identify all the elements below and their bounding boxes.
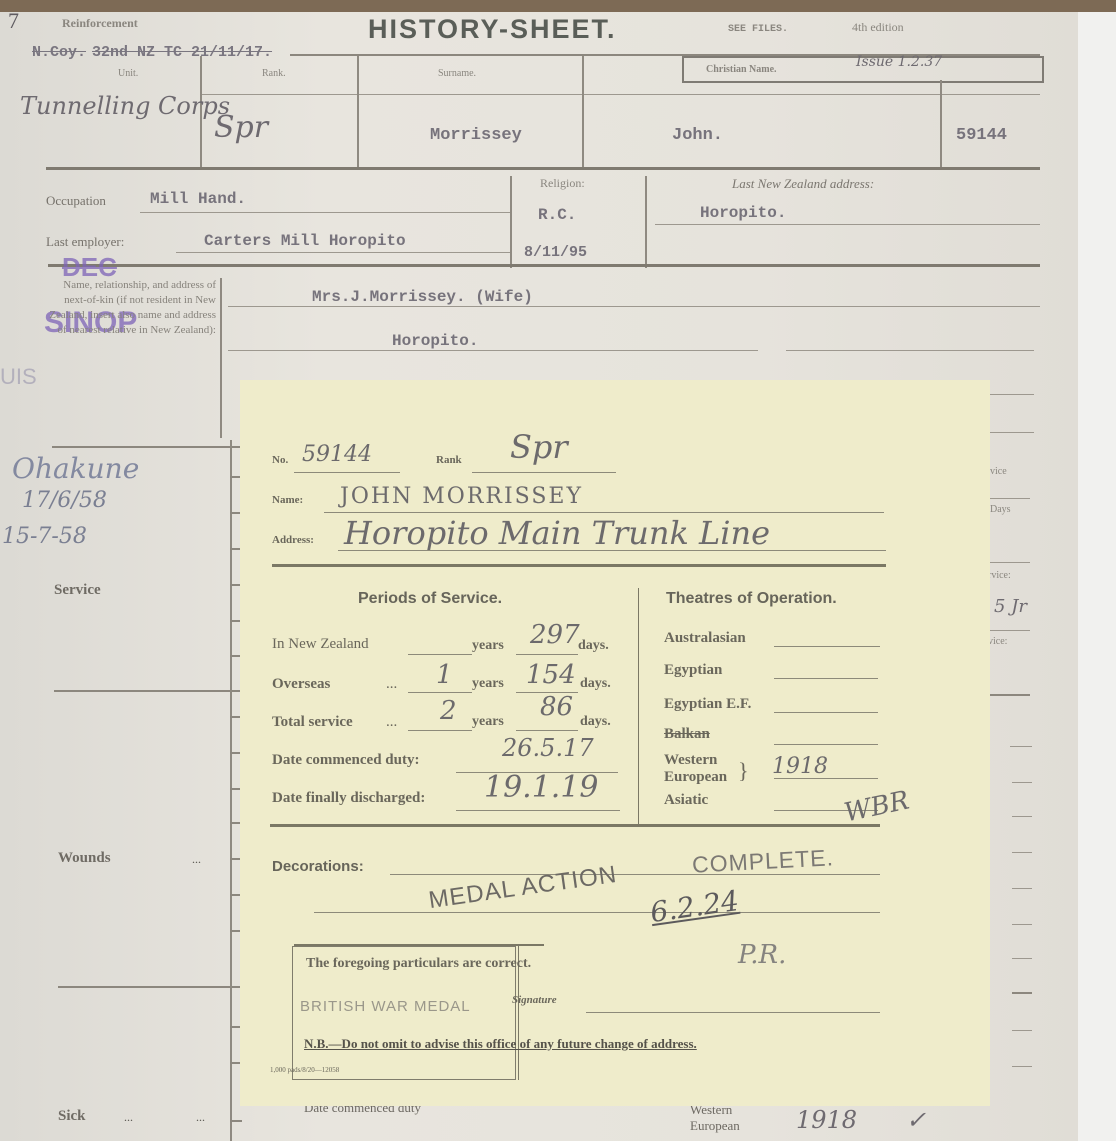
sick-dots-2: ... xyxy=(196,1110,205,1125)
dots: ... xyxy=(386,676,397,693)
nok-underline-1 xyxy=(228,306,1040,307)
col-divider-3 xyxy=(582,56,584,168)
right-fragment-vice-2: vice: xyxy=(988,636,1007,647)
service-label: Service xyxy=(54,582,101,599)
last-address-value: Horopito. xyxy=(700,204,786,222)
surname-value: Morrissey xyxy=(430,126,522,145)
margin-date-2: 15-7-58 xyxy=(2,524,87,549)
theatre-western-european: Western European xyxy=(664,752,736,786)
surname-label: Surname. xyxy=(438,68,476,79)
period-total-label: Total service xyxy=(272,714,353,731)
underline xyxy=(456,810,620,811)
years-word: years xyxy=(472,676,504,692)
slip-address-value: Horopito Main Trunk Line xyxy=(344,514,770,552)
years-word: years xyxy=(472,714,504,730)
page-title: HISTORY-SHEET. xyxy=(368,14,617,45)
identity-bottom-rule xyxy=(46,167,1040,170)
next-of-kin-line2: Horopito. xyxy=(392,332,478,350)
slip-rank-value: Spr xyxy=(510,428,568,466)
underlying-western-european: Western European xyxy=(690,1102,766,1134)
nok-underline-2 xyxy=(228,350,758,351)
underline xyxy=(408,692,472,693)
right-tick xyxy=(1012,782,1032,783)
underline xyxy=(314,912,880,913)
medal-date: 6.2.24 xyxy=(648,884,741,929)
underline xyxy=(472,472,616,473)
reinforcement-label: Reinforcement xyxy=(62,16,138,31)
slip-name-label: Name: xyxy=(272,494,303,506)
period-overseas-days: 154 xyxy=(526,660,576,690)
periods-heading: Periods of Service. xyxy=(358,590,502,608)
edition-note: 4th edition xyxy=(852,20,904,35)
wounds-label: Wounds xyxy=(58,850,111,867)
slip-rule xyxy=(270,824,880,827)
reinforcement-date: 32nd NZ TC 21/11/17. xyxy=(92,44,272,61)
theatre-asiatic: Asiatic xyxy=(664,792,708,809)
right-tick xyxy=(1012,852,1032,853)
theatres-heading: Theatres of Operation. xyxy=(666,590,837,608)
period-total-years: 2 xyxy=(440,696,457,726)
tick xyxy=(230,1120,242,1122)
right-tick xyxy=(1012,888,1032,889)
right-tick xyxy=(1012,1030,1032,1031)
right-fragment-days: Days xyxy=(990,504,1011,515)
underline xyxy=(774,778,878,779)
wounds-dots: ... xyxy=(192,852,201,867)
slip-address-label: Address: xyxy=(272,534,314,546)
religion-label: Religion: xyxy=(540,176,585,191)
slip-divider xyxy=(638,588,639,824)
slip-rank-label: Rank xyxy=(436,454,462,466)
identity-header-rule xyxy=(200,94,1040,95)
slip-name-value: JOHN MORRISSEY xyxy=(340,484,583,509)
service-number: 59144 xyxy=(956,126,1007,145)
underlying-western-european-value: 1918 xyxy=(796,1106,857,1134)
period-nz-label: In New Zealand xyxy=(272,636,369,653)
theatre-western-european-value: 1918 xyxy=(772,754,828,779)
stamp-medal-action: MEDAL ACTION xyxy=(427,861,619,915)
religion-left-divider xyxy=(510,176,512,268)
stamp-british-war-medal: BRITISH WAR MEDAL xyxy=(300,998,471,1015)
nok-underline-3 xyxy=(786,350,1034,351)
period-total-days: 86 xyxy=(540,692,573,722)
right-tick xyxy=(1010,746,1032,747)
next-of-kin-line1: Mrs.J.Morrissey. (Wife) xyxy=(312,288,533,306)
decorations-label: Decorations: xyxy=(272,858,364,875)
theatre-balkan: Balkan xyxy=(664,726,710,743)
notice-text: N.B.—Do not omit to advise this office o… xyxy=(304,1036,697,1052)
right-fragment-vice: vice xyxy=(990,466,1007,477)
reinforcement-value: N.Coy. xyxy=(32,44,86,61)
days-word: days. xyxy=(580,676,611,692)
medal-initials: P.R. xyxy=(738,940,786,970)
stamp-uis: UIS xyxy=(0,364,37,390)
last-address-underline xyxy=(655,224,1040,225)
last-address-label: Last New Zealand address: xyxy=(732,176,874,192)
last-employer-underline xyxy=(176,252,510,253)
issue-note: Issue 1.2.37 xyxy=(856,54,942,70)
certify-text: The foregoing particulars are correct. xyxy=(306,956,531,972)
period-nz-days: 297 xyxy=(530,620,580,650)
date-commenced-value: 26.5.17 xyxy=(502,734,594,762)
last-employer-value: Carters Mill Horopito xyxy=(204,232,406,250)
theatre-australasian: Australasian xyxy=(664,630,746,647)
brace: } xyxy=(738,758,749,784)
date-commenced-label: Date commenced duty: xyxy=(272,752,419,769)
underline xyxy=(774,646,880,647)
col-divider-4 xyxy=(940,80,942,168)
occupation-label: Occupation xyxy=(46,193,106,209)
years-word: years xyxy=(472,638,504,654)
underline xyxy=(774,712,878,713)
date-discharged-label: Date finally discharged: xyxy=(272,790,425,807)
margin-place: Ohakune xyxy=(12,452,139,485)
underline xyxy=(338,550,886,551)
sick-dots: ... xyxy=(124,1110,133,1125)
unit-label: Unit. xyxy=(118,68,138,79)
see-files-note: SEE FILES. xyxy=(728,24,788,35)
underline xyxy=(516,654,578,655)
margin-mark: 7 xyxy=(8,8,19,34)
checkmark-icon: ✓ xyxy=(906,1106,926,1134)
right-rule xyxy=(990,630,1030,631)
days-word: days. xyxy=(580,714,611,730)
right-tick xyxy=(1012,958,1032,959)
right-tick xyxy=(1012,992,1032,994)
margin-date-1: 17/6/58 xyxy=(22,488,107,513)
christian-name-value: John. xyxy=(672,126,723,145)
printer-code: 1,000 pads/8/20—12058 xyxy=(270,1066,339,1074)
service-bottom-rule xyxy=(54,690,240,692)
col-divider-2 xyxy=(357,56,359,168)
right-rule xyxy=(990,562,1030,563)
slip-no-label: No. xyxy=(272,454,288,466)
christian-name-label: Christian Name. xyxy=(706,64,777,75)
right-rule xyxy=(990,498,1030,499)
right-rule xyxy=(990,694,1030,696)
religion-value: R.C. xyxy=(538,206,576,224)
underline xyxy=(516,730,578,731)
religion-date: 8/11/95 xyxy=(524,244,587,261)
details-bottom-rule xyxy=(48,264,1040,267)
right-tick xyxy=(1012,1066,1032,1067)
underline xyxy=(324,512,884,513)
underline xyxy=(390,874,880,875)
period-overseas-years: 1 xyxy=(436,660,453,690)
underline xyxy=(408,730,472,731)
unit-value: Tunnelling Corps xyxy=(20,92,230,120)
rank-label: Rank. xyxy=(262,68,286,79)
slip-no-value: 59144 xyxy=(302,442,372,467)
occupation-underline xyxy=(140,212,510,213)
underline xyxy=(774,678,878,679)
underline xyxy=(774,744,878,745)
last-employer-label: Last employer: xyxy=(46,234,124,250)
right-tick xyxy=(1012,924,1032,925)
date-discharged-value: 19.1.19 xyxy=(484,770,599,805)
initials-mark: WBR xyxy=(842,786,912,829)
religion-right-divider xyxy=(645,176,647,268)
signature-label: Signature xyxy=(512,994,557,1006)
medal-slip: No. 59144 Rank Spr Name: JOHN MORRISSEY … xyxy=(240,380,990,1106)
occupation-value: Mill Hand. xyxy=(150,190,246,208)
signature-line xyxy=(586,1012,880,1013)
theatre-egyptian-ef: Egyptian E.F. xyxy=(664,696,751,713)
underline xyxy=(294,472,400,473)
page-right-margin xyxy=(1078,12,1116,1141)
right-tick xyxy=(1012,816,1032,817)
days-word: days. xyxy=(578,638,609,654)
right-fragment-note: 5 Jr xyxy=(994,596,1027,617)
dots: ... xyxy=(386,714,397,731)
sick-label: Sick xyxy=(58,1108,86,1125)
nok-bottom-rule xyxy=(52,446,242,448)
right-rule-1 xyxy=(990,394,1034,395)
next-of-kin-label: Name, relationship, and address of next-… xyxy=(48,278,216,338)
slip-rule xyxy=(272,564,886,567)
left-brace-line xyxy=(230,440,232,1141)
next-of-kin-bracket xyxy=(220,278,222,438)
rank-value: Spr xyxy=(214,110,268,145)
theatre-egyptian: Egyptian xyxy=(664,662,722,679)
underline xyxy=(408,654,472,655)
period-overseas-label: Overseas xyxy=(272,676,330,693)
right-rule-2 xyxy=(990,432,1034,433)
wounds-bottom-rule xyxy=(58,986,240,988)
right-fragment-rvice: rvice: xyxy=(988,570,1011,581)
